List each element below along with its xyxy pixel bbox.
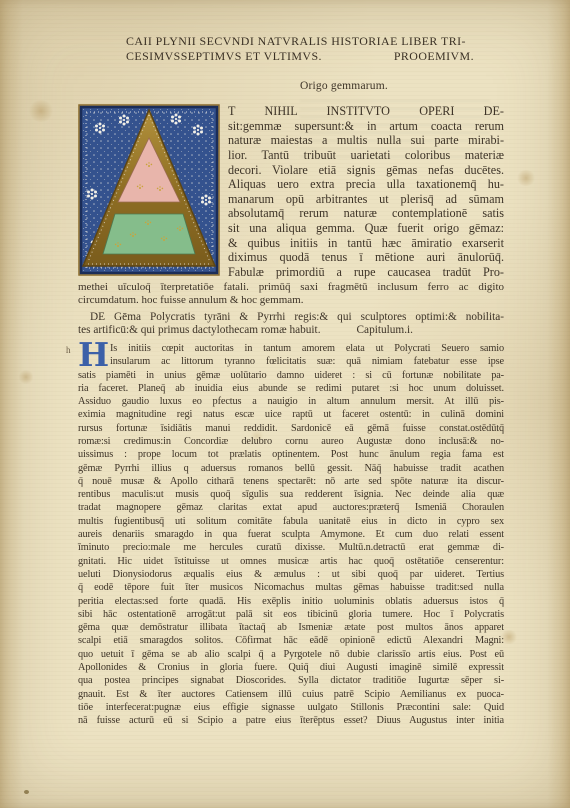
text-line: peritia electas:sed forte quadā. His exē… <box>78 595 504 608</box>
text-line: nā fuisse acturū eū si Scipio a patre ei… <box>78 714 504 727</box>
text-line: gēmæ Pyrrhi illius q aduersus romanos be… <box>78 462 504 475</box>
heading-section-label: PROOEMIVM. <box>394 49 474 64</box>
text-line: methei uīculoq̄ īterpretatiōe fatali. pr… <box>78 281 504 294</box>
chapter-heading: DE Gēma Polycratis tyrāni & Pyrrhi regis… <box>78 311 504 337</box>
text-line: Is initiis cœpit auctoritas in tantum am… <box>78 342 504 355</box>
text-line: aureis denariis smaragdo in qua fuerat s… <box>78 528 504 541</box>
illuminated-initial-artwork <box>78 104 220 276</box>
text-line: rentibus maculis:ut musis quoq̄ sīgulis … <box>78 488 504 501</box>
text-line: Apollonides & Cronius in gloria fuere. Q… <box>78 661 504 674</box>
text-line: qua postea principes signabat Dioscoride… <box>78 674 504 687</box>
text-line: scalpi etiā smaragdos solitos. Cōfirmat … <box>78 634 504 647</box>
text-line: circumdatum. hoc fuisse annulum & hoc ge… <box>78 294 504 307</box>
text-line: rursus fortunæ īsidiātis manui reddidit.… <box>78 422 504 435</box>
chapter-heading-line-1: DE Gēma Polycratis tyrāni & Pyrrhi regis… <box>78 311 504 324</box>
text-line: quo uetuit ī gēma se ab alio scalpi q̄ a… <box>78 648 504 661</box>
text-block: CAII PLYNII SECVNDI NATVRALIS HISTORIAE … <box>78 0 504 728</box>
text-line: romæ:si credimus:in Concordiæ delubro co… <box>78 435 504 448</box>
chapter-number-label: Capitulum.i. <box>357 324 414 337</box>
opening-lines-full-width: methei uīculoq̄ īterpretatiōe fatali. pr… <box>78 281 504 307</box>
rubric-origo-gemmarum: Origo gemmarum. <box>300 80 504 92</box>
text-line: satis piamēti in unius gēmæ uolūtario da… <box>78 369 504 382</box>
chapter-heading-line-2: tes artificū:& qui primus dactylothecam … <box>78 324 504 337</box>
ink-speck <box>24 790 29 794</box>
text-line: ueluti Dionysiodorus æqualis eius & æmul… <box>78 568 504 581</box>
opening-paragraph: T NIHIL INSTITVTO OPERI DE-sit:gemmæ sup… <box>78 104 504 307</box>
heading-line-2: CESIMVSSEPTIMVS ET VLTIMVS. PROOEMIVM. <box>78 49 504 64</box>
chapter-heading-line-2-text: tes artificū:& qui primus dactylothecam … <box>78 324 321 337</box>
text-line: tradat magnopere gēmaz claritas extat ap… <box>78 501 504 514</box>
foxing-spot <box>516 170 536 186</box>
text-line: q̄ nouē musæ & Apollo citharā tenens spe… <box>78 475 504 488</box>
text-line: sibi hāc ostentationē arrogāt:ut palā si… <box>78 608 504 621</box>
text-line: q̄ eodē tēpore fuit īter musicos Nicomac… <box>78 581 504 594</box>
text-line: ria faceret. Planeq̄ ab inuidia eius abu… <box>78 382 504 395</box>
illuminated-initial-a <box>78 104 220 276</box>
text-line: eximia magnitudine regi natus escæ uice … <box>78 408 504 421</box>
text-line: īminuto precio:male me hercules curatū d… <box>78 541 504 554</box>
text-line: Assiduo gaudio luxus eo pfectus a nauigi… <box>78 395 504 408</box>
chapter-body: h H Is initiis cœpit auctoritas in tantu… <box>78 342 504 728</box>
text-line: uissimus : prope locum tot prælatis opti… <box>78 448 504 461</box>
foxing-spot <box>28 100 54 122</box>
foxing-spot <box>18 370 34 384</box>
guide-letter: h <box>66 344 71 357</box>
page-heading: CAII PLYNII SECVNDI NATVRALIS HISTORIAE … <box>78 34 504 63</box>
text-line: gnitati. Hic uidet īstituisse ut omnes m… <box>78 555 504 568</box>
lombard-initial-h: H <box>78 342 105 368</box>
text-line: multis fugientibusq̄ uti solitum comitāt… <box>78 515 504 528</box>
body-lines: Is initiis cœpit auctoritas in tantum am… <box>78 342 504 728</box>
incunabulum-page: CAII PLYNII SECVNDI NATVRALIS HISTORIAE … <box>0 0 570 808</box>
heading-line-1: CAII PLYNII SECVNDI NATVRALIS HISTORIAE … <box>78 34 504 49</box>
heading-line-2-title: CESIMVSSEPTIMVS ET VLTIMVS. <box>126 49 322 64</box>
text-line: gnauit. Est & īter auctores Catiensem il… <box>78 688 504 701</box>
text-line: gēma quæ demōstratur illibata ītactaq̄ a… <box>78 621 504 634</box>
text-line: tiōe interfecerat:pugnæ eius effigie sig… <box>78 701 504 714</box>
text-line: insularum ac littorum tyranno fœlicitati… <box>78 355 504 368</box>
